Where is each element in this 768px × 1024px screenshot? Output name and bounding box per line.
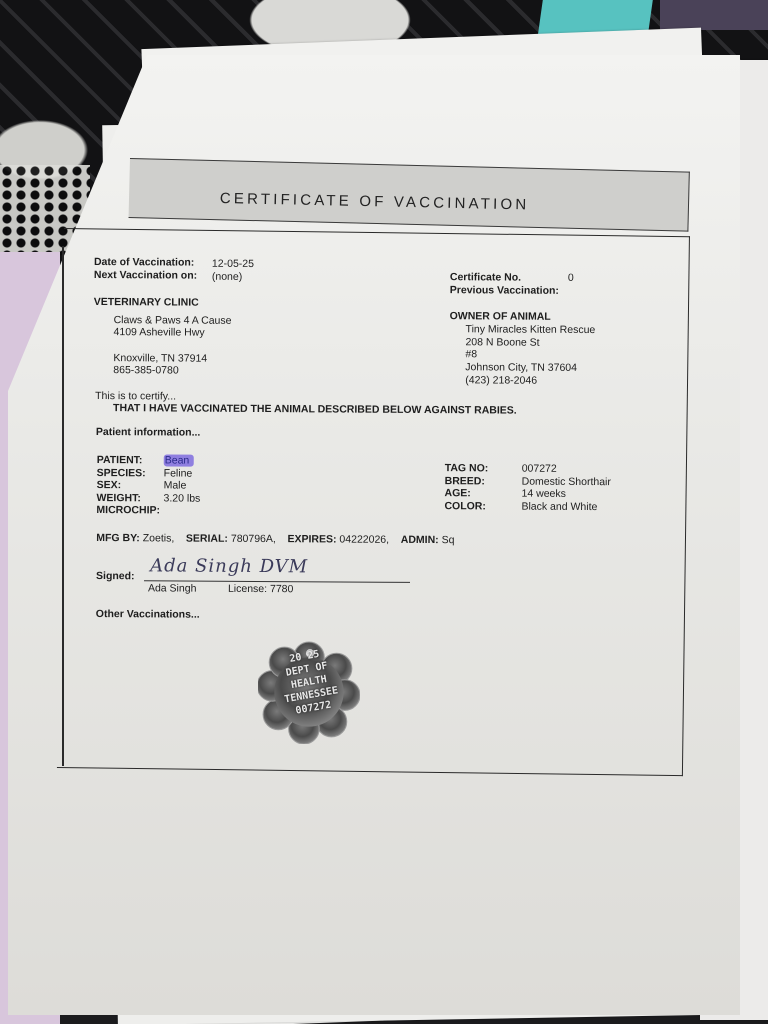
certificate-frame-left: [62, 246, 64, 766]
patient-name-highlight: Bean: [164, 454, 194, 466]
species-label: SPECIES:: [97, 467, 146, 480]
tag-no-value: 007272: [522, 463, 557, 476]
patient-info-heading: Patient information...: [96, 426, 200, 439]
expires-label: EXPIRES:: [287, 533, 336, 545]
sex-label: SEX:: [97, 479, 122, 492]
patient-name-value: Bean: [164, 454, 194, 467]
mfg-value: Zoetis,: [143, 532, 175, 544]
serial-value: 780796A,: [231, 533, 276, 545]
signed-label: Signed:: [96, 570, 135, 583]
clinic-street: 4109 Asheville Hwy: [113, 326, 204, 339]
owner-name: Tiny Miracles Kitten Rescue: [466, 323, 596, 336]
next-vaccination-label: Next Vaccination on:: [94, 269, 197, 282]
license-value: 7780: [270, 583, 293, 595]
breed-label: BREED:: [445, 475, 485, 488]
tag-no-label: TAG NO:: [445, 462, 489, 475]
certificate-no-value: 0: [568, 272, 574, 285]
species-value: Feline: [164, 467, 193, 480]
breed-value: Domestic Shorthair: [522, 475, 611, 488]
admin-label: ADMIN:: [401, 534, 439, 546]
handwritten-signature: Ada Singh DVM: [150, 560, 308, 573]
owner-phone: (423) 218-2046: [465, 374, 537, 387]
microchip-label: MICROCHIP:: [96, 504, 160, 517]
date-of-vaccination-value: 12-05-25: [212, 258, 254, 271]
license-label: License:: [228, 583, 267, 595]
owner-heading: OWNER OF ANIMAL: [450, 310, 551, 323]
weight-value: 3.20 lbs: [163, 492, 200, 505]
owner-street: 208 N Boone St: [465, 336, 539, 349]
previous-vaccination-label: Previous Vaccination:: [450, 284, 559, 297]
age-value: 14 weeks: [522, 488, 566, 501]
age-label: AGE:: [445, 487, 471, 500]
owner-unit: #8: [465, 348, 477, 361]
other-vaccinations-heading: Other Vaccinations...: [96, 608, 200, 621]
serial-label: SERIAL:: [186, 533, 228, 545]
purple-object: [660, 0, 768, 30]
patient-name-label: PATIENT:: [97, 454, 143, 467]
clinic-heading: VETERINARY CLINIC: [94, 296, 199, 309]
vaccine-details: MFG BY: Zoetis, SERIAL: 780796A, EXPIRES…: [96, 532, 454, 547]
admin-value: Sq: [442, 534, 455, 546]
license: License: 7780: [228, 583, 293, 596]
owner-city: Johnson City, TN 37604: [465, 361, 577, 374]
date-of-vaccination-label: Date of Vaccination:: [94, 256, 194, 269]
certificate-no-label: Certificate No.: [450, 271, 521, 284]
clinic-phone: 865-385-0780: [113, 364, 178, 377]
certify-intro: This is to certify...: [95, 390, 176, 403]
signer-printed-name: Ada Singh: [148, 582, 197, 595]
rabies-tag: 20 25 DEPT OF HEALTH TENNESSEE 007272: [258, 640, 360, 744]
expires-value: 04222026,: [339, 534, 389, 546]
sex-value: Male: [164, 479, 187, 492]
next-vaccination-value: (none): [212, 271, 242, 284]
color-label: COLOR:: [444, 500, 485, 513]
color-value: Black and White: [521, 500, 597, 513]
mfg-label: MFG BY:: [96, 532, 140, 544]
certify-statement: THAT I HAVE VACCINATED THE ANIMAL DESCRI…: [113, 402, 517, 417]
weight-label: WEIGHT:: [96, 492, 140, 505]
